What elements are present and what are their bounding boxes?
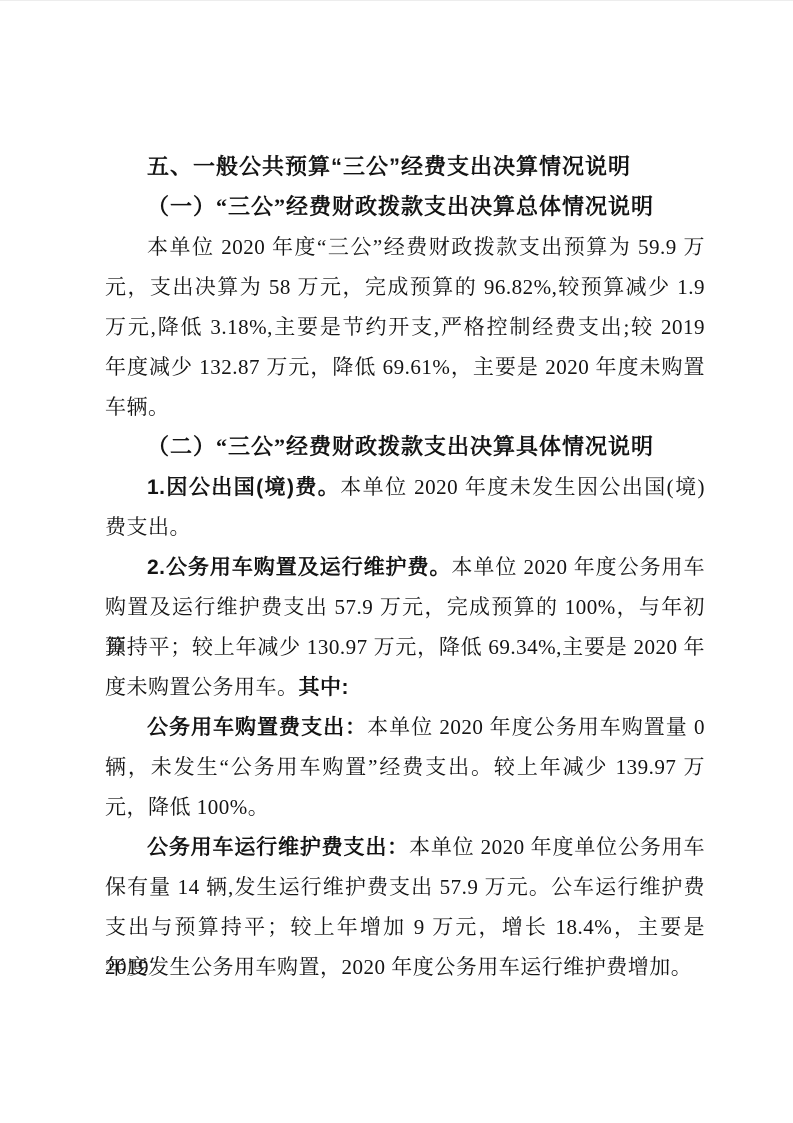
document-body: 五、一般公共预算“三公”经费支出决算情况说明 （一）“三公”经费财政拨款支出决算…	[105, 147, 705, 987]
bold-lead-run: 公务用车购置费支出：	[147, 716, 367, 739]
paragraph-maintenance-line-4: 年度发生公务用车购置，2020 年度公务用车运行维护费增加。	[105, 947, 705, 987]
bold-lead-run: 1.因公出国(境)费。	[147, 476, 340, 499]
paragraph-purchase-line-3: 元，降低 100%。	[105, 787, 705, 827]
paragraph-overall-line-3: 万元,降低 3.18%,主要是节约开支,严格控制经费支出;较 2019	[105, 307, 705, 347]
paragraph-overall-line-1: 本单位 2020 年度“三公”经费财政拨款支出预算为 59.9 万	[105, 227, 705, 267]
text-run: 元，降低 100%。	[105, 795, 269, 819]
text-run: 年度发生公务用车购置，2020 年度公务用车运行维护费增加。	[105, 955, 692, 979]
paragraph-maintenance-line-3: 支出与预算持平；较上年增加 9 万元，增长 18.4%，主要是 2019	[105, 907, 705, 947]
text-run: 度未购置公务用车。	[105, 675, 299, 699]
subsection-heading-2-text: （二）“三公”经费财政拨款支出决算具体情况说明	[147, 434, 654, 459]
section-heading-text: 五、一般公共预算“三公”经费支出决算情况说明	[147, 154, 631, 179]
paragraph-vehicle-line-2: 购置及运行维护费支出 57.9 万元，完成预算的 100%，与年初预	[105, 587, 705, 627]
text-run: 车辆。	[105, 395, 170, 419]
paragraph-abroad-line-1: 1.因公出国(境)费。本单位 2020 年度未发生因公出国(境)	[105, 467, 705, 507]
paragraph-vehicle-line-3: 算持平；较上年减少 130.97 万元，降低 69.34%,主要是 2020 年	[105, 627, 705, 667]
bold-lead-run: 公务用车运行维护费支出：	[147, 836, 409, 859]
text-run: 元，支出决算为 58 万元，完成预算的 96.82%,较预算减少 1.9	[105, 275, 705, 299]
paragraph-maintenance-line-2: 保有量 14 辆,发生运行维护费支出 57.9 万元。公车运行维护费	[105, 867, 705, 907]
document-page: 五、一般公共预算“三公”经费支出决算情况说明 （一）“三公”经费财政拨款支出决算…	[0, 0, 793, 1123]
paragraph-purchase-line-1: 公务用车购置费支出：本单位 2020 年度公务用车购置量 0	[105, 707, 705, 747]
paragraph-maintenance-line-1: 公务用车运行维护费支出：本单位 2020 年度单位公务用车	[105, 827, 705, 867]
text-run: 费支出。	[105, 515, 191, 539]
text-run: 本单位 2020 年度公务用车购置量 0	[367, 715, 705, 739]
text-run: 辆，未发生“公务用车购置”经费支出。较上年减少 139.97 万	[105, 755, 705, 779]
text-run: 年度减少 132.87 万元，降低 69.61%，主要是 2020 年度未购置	[105, 355, 705, 379]
subsection-heading-1: （一）“三公”经费财政拨款支出决算总体情况说明	[105, 187, 705, 227]
text-run: 本单位 2020 年度单位公务用车	[409, 835, 705, 859]
text-run: 算持平；较上年减少 130.97 万元，降低 69.34%,主要是 2020 年	[105, 635, 705, 659]
bold-lead-run: 2.公务用车购置及运行维护费。	[147, 556, 451, 579]
bold-among-which-run: 其中:	[299, 676, 350, 699]
paragraph-overall-line-4: 年度减少 132.87 万元，降低 69.61%，主要是 2020 年度未购置	[105, 347, 705, 387]
subsection-heading-1-text: （一）“三公”经费财政拨款支出决算总体情况说明	[147, 194, 654, 219]
text-run: 本单位 2020 年度公务用车	[451, 555, 705, 579]
paragraph-vehicle-line-1: 2.公务用车购置及运行维护费。本单位 2020 年度公务用车	[105, 547, 705, 587]
paragraph-overall-line-5: 车辆。	[105, 387, 705, 427]
paragraph-abroad-line-2: 费支出。	[105, 507, 705, 547]
subsection-heading-2: （二）“三公”经费财政拨款支出决算具体情况说明	[105, 427, 705, 467]
paragraph-vehicle-line-4: 度未购置公务用车。其中:	[105, 667, 705, 707]
paragraph-purchase-line-2: 辆，未发生“公务用车购置”经费支出。较上年减少 139.97 万	[105, 747, 705, 787]
text-run: 保有量 14 辆,发生运行维护费支出 57.9 万元。公车运行维护费	[105, 875, 705, 899]
section-heading: 五、一般公共预算“三公”经费支出决算情况说明	[105, 147, 705, 187]
paragraph-overall-line-2: 元，支出决算为 58 万元，完成预算的 96.82%,较预算减少 1.9	[105, 267, 705, 307]
text-run: 万元,降低 3.18%,主要是节约开支,严格控制经费支出;较 2019	[105, 315, 705, 339]
text-run: 本单位 2020 年度“三公”经费财政拨款支出预算为 59.9 万	[147, 235, 705, 259]
text-run: 本单位 2020 年度未发生因公出国(境)	[340, 475, 705, 499]
